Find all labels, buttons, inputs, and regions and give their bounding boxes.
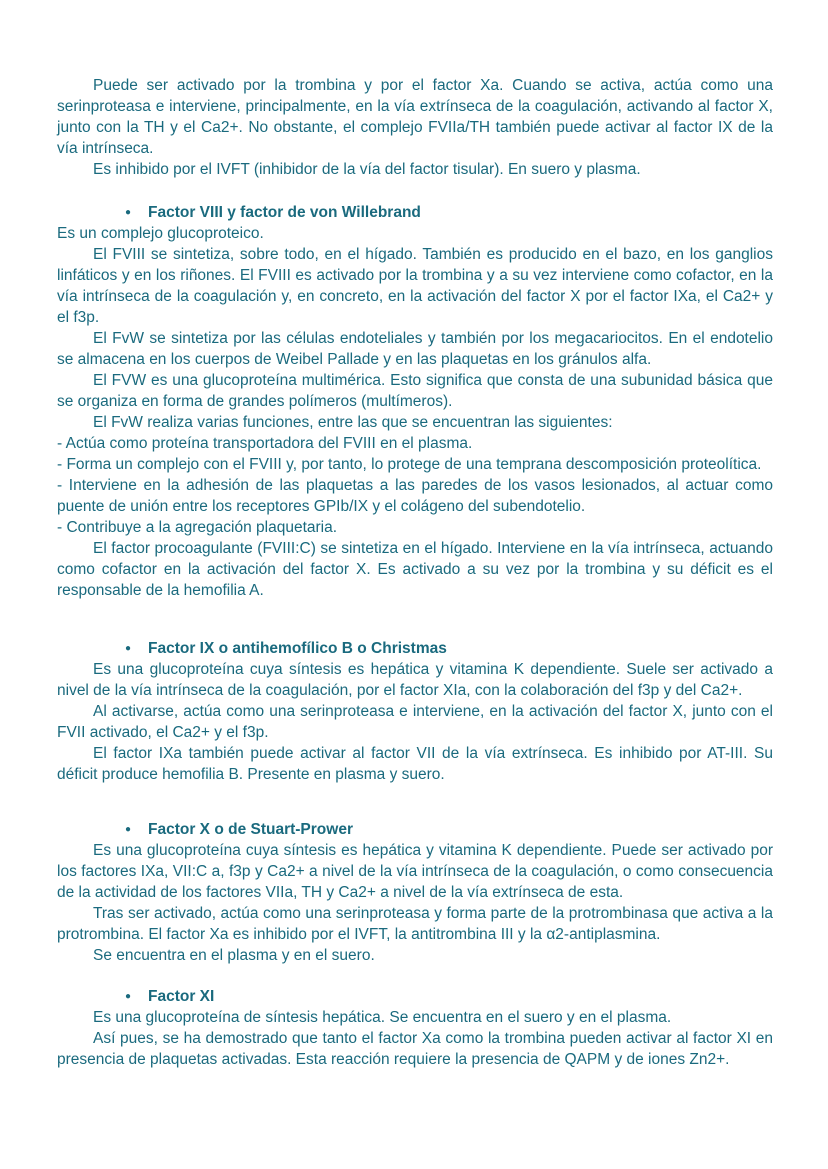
paragraph-fxi-synthesis: Es una glucoproteína de síntesis hepátic… [57,1007,773,1028]
paragraph-fix-inhibition: El factor IXa también puede activar al f… [57,743,773,785]
list-item-fvw-function-2: - Forma un complejo con el FVIII y, por … [57,454,773,475]
paragraph-fviii-synthesis: El FVIII se sintetiza, sobre todo, en el… [57,244,773,328]
list-item-fvw-function-3: - Interviene en la adhesión de las plaqu… [57,475,773,517]
paragraph-glucoproteic-complex: Es un complejo glucoproteico. [57,223,773,244]
list-item-fvw-function-1: - Actúa como proteína transportadora del… [57,433,773,454]
section-heading-label: Factor IX o antihemofílico B o Christmas [148,640,447,657]
paragraph-fxi-activation: Así pues, se ha demostrado que tanto el … [57,1028,773,1070]
list-item-fvw-function-4: - Contribuye a la agregación plaquetaria… [57,517,773,538]
paragraph-fvii-inhibition: Es inhibido por el IVFT (inhibidor de la… [57,159,773,180]
paragraph-fviii-procoagulant: El factor procoagulante (FVIII:C) se sin… [57,538,773,601]
paragraph-fix-activation: Al activarse, actúa como una serinprotea… [57,701,773,743]
bullet-icon: ● [125,202,148,223]
bullet-icon: ● [125,638,148,659]
section-heading-label: Factor VIII y factor de von Willebrand [148,204,421,221]
paragraph-fx-location: Se encuentra en el plasma y en el suero. [57,945,773,966]
section-heading-label: Factor X o de Stuart-Prower [148,821,353,838]
paragraph-fvw-multimeric: El FVW es una glucoproteína multimérica.… [57,370,773,412]
bullet-icon: ● [125,986,148,1007]
paragraph-fvw-functions-intro: El FvW realiza varias funciones, entre l… [57,412,773,433]
section-heading-factor-xi: ●Factor XI [57,986,773,1007]
paragraph-fvii-activation: Puede ser activado por la trombina y por… [57,75,773,159]
section-heading-factor-ix: ●Factor IX o antihemofílico B o Christma… [57,638,773,659]
section-heading-factor-x: ●Factor X o de Stuart-Prower [57,819,773,840]
document-page: Puede ser activado por la trombina y por… [0,0,828,1169]
paragraph-fx-protrombinase: Tras ser activado, actúa como una serinp… [57,903,773,945]
paragraph-fx-synthesis: Es una glucoproteína cuya síntesis es he… [57,840,773,903]
paragraph-fvw-synthesis: El FvW se sintetiza por las células endo… [57,328,773,370]
section-heading-label: Factor XI [148,988,214,1005]
bullet-icon: ● [125,819,148,840]
paragraph-fix-synthesis: Es una glucoproteína cuya síntesis es he… [57,659,773,701]
section-heading-factor-viii: ●Factor VIII y factor de von Willebrand [57,202,773,223]
